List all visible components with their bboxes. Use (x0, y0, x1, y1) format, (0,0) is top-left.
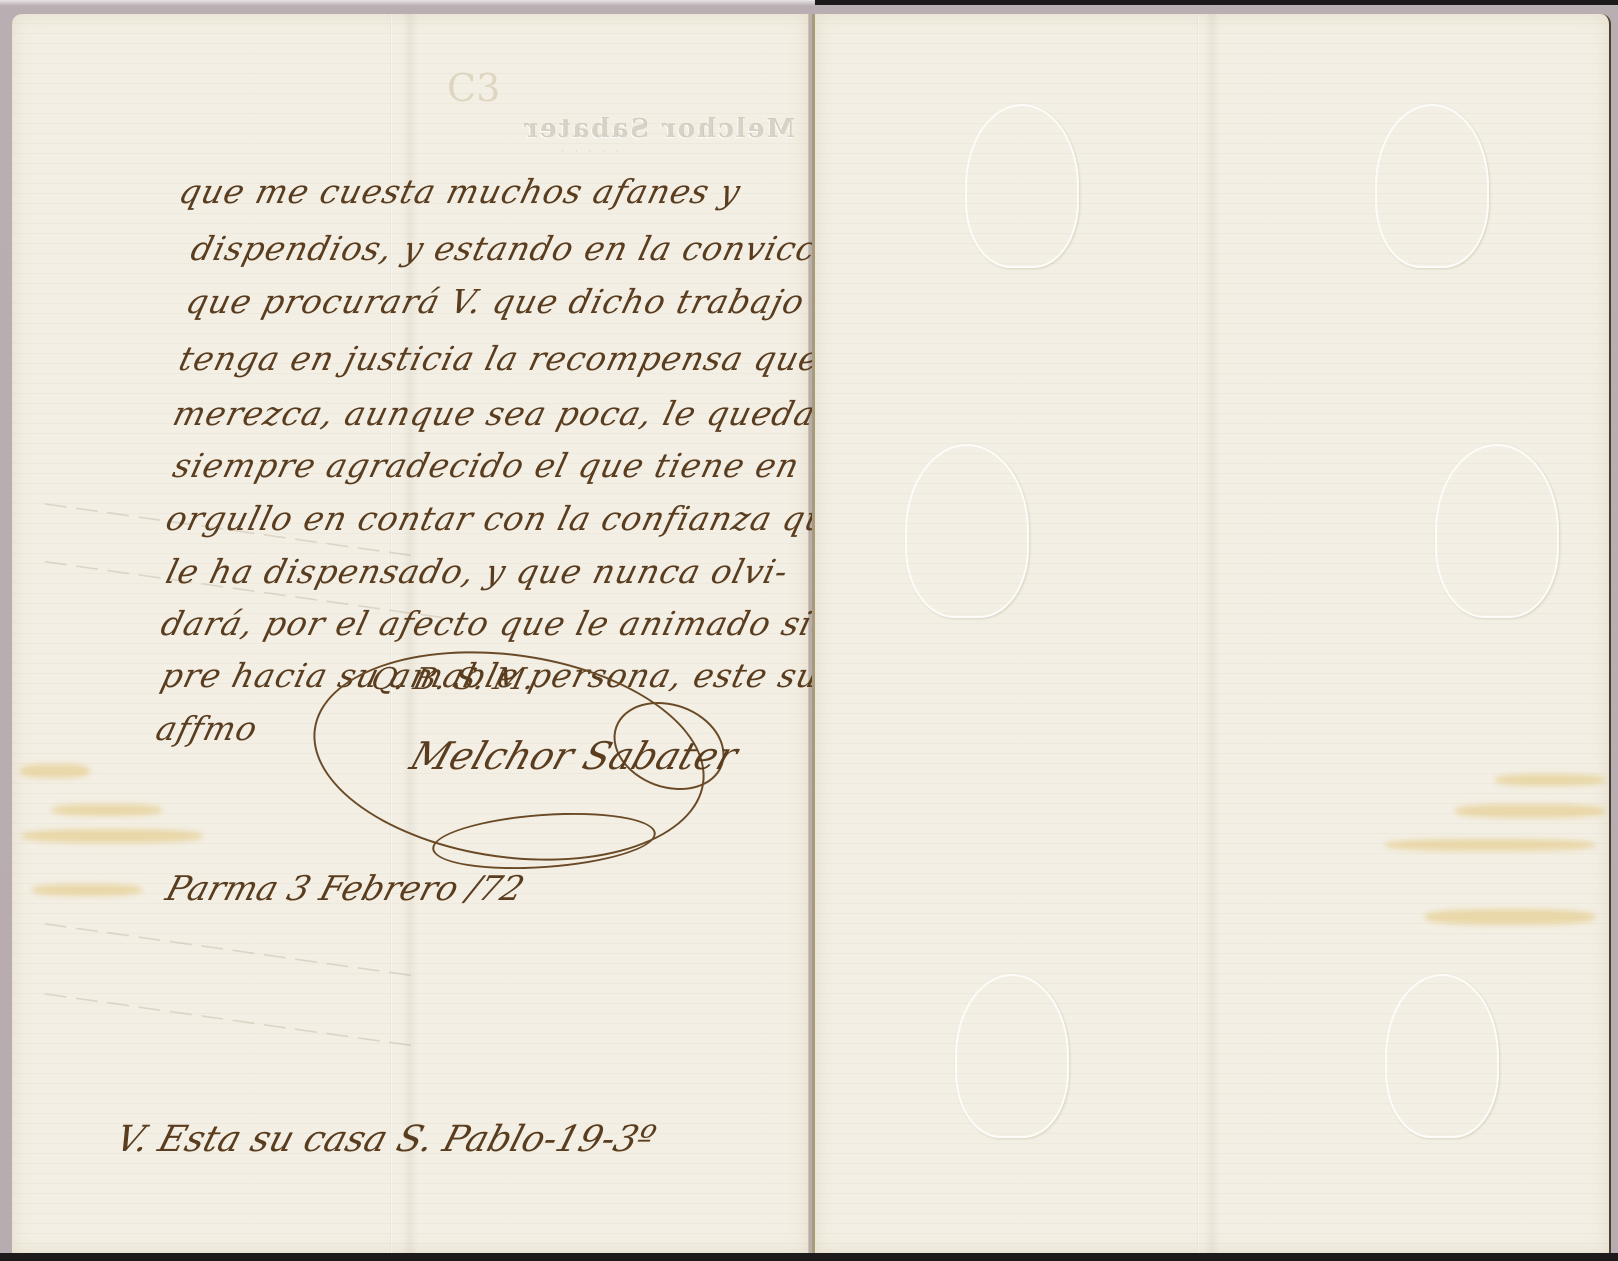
scanned-document: C3 Melchor Sabater · · · · · — — — — — —… (0, 0, 1618, 1261)
fold-line (1197, 14, 1199, 1254)
letter-line-2: dispendios, y estando en la convicción (187, 229, 875, 268)
letter-line-3: que procurará V. que dicho trabajo (182, 282, 809, 321)
stain (20, 764, 90, 778)
signature-name: Melchor Sabater (405, 734, 743, 778)
embossed-pattern (1385, 974, 1499, 1138)
scanner-edge-top (815, 0, 1618, 5)
page-right (812, 14, 1611, 1254)
letter-address: V. Esta su casa S. Pablo-19-3º (111, 1119, 660, 1160)
corner-mark: C3 (447, 66, 500, 110)
letter-line-5: merezca, aunque sea poca, le quedará (169, 394, 857, 433)
signature-closing: Q. B. S. M. (368, 662, 539, 697)
scanner-edge-bottom (0, 1253, 1618, 1261)
stain (1455, 804, 1605, 818)
stain (1425, 909, 1595, 925)
embossed-pattern (955, 974, 1069, 1138)
embossed-pattern (965, 104, 1079, 268)
letter-line-6: siempre agradecido el que tiene en (169, 446, 804, 485)
letter-line-1: que me cuesta muchos afanes y (175, 172, 745, 211)
stain (32, 884, 142, 896)
embossed-pattern (1435, 444, 1559, 618)
page-left: C3 Melchor Sabater · · · · · — — — — — —… (12, 14, 809, 1254)
embossed-letterhead: Melchor Sabater (522, 114, 795, 144)
letter-line-11: affmo (152, 709, 262, 748)
stain (1495, 774, 1605, 786)
bleed-through-text: — — — — — — — — — — — — (42, 908, 414, 987)
embossed-pattern (1375, 104, 1489, 268)
embossed-pattern (905, 444, 1029, 618)
letter-line-9: dará, por el afecto que le animado siem- (157, 604, 882, 643)
letter-line-7: orgullo en contar con la confianza que (162, 499, 853, 538)
bleed-through-text: — — — — — — — — — — — — (42, 978, 414, 1057)
letter-line-4: tenga en justicia la recompensa que (175, 339, 824, 378)
stain (1385, 839, 1595, 851)
stain (52, 804, 162, 816)
embossed-letterhead-sub: · · · · · (557, 147, 619, 157)
stain (22, 829, 202, 843)
letter-line-8: le ha dispensado, y que nunca olvi- (162, 552, 793, 591)
letter-date: Parma 3 Febrero /72 (161, 869, 528, 909)
